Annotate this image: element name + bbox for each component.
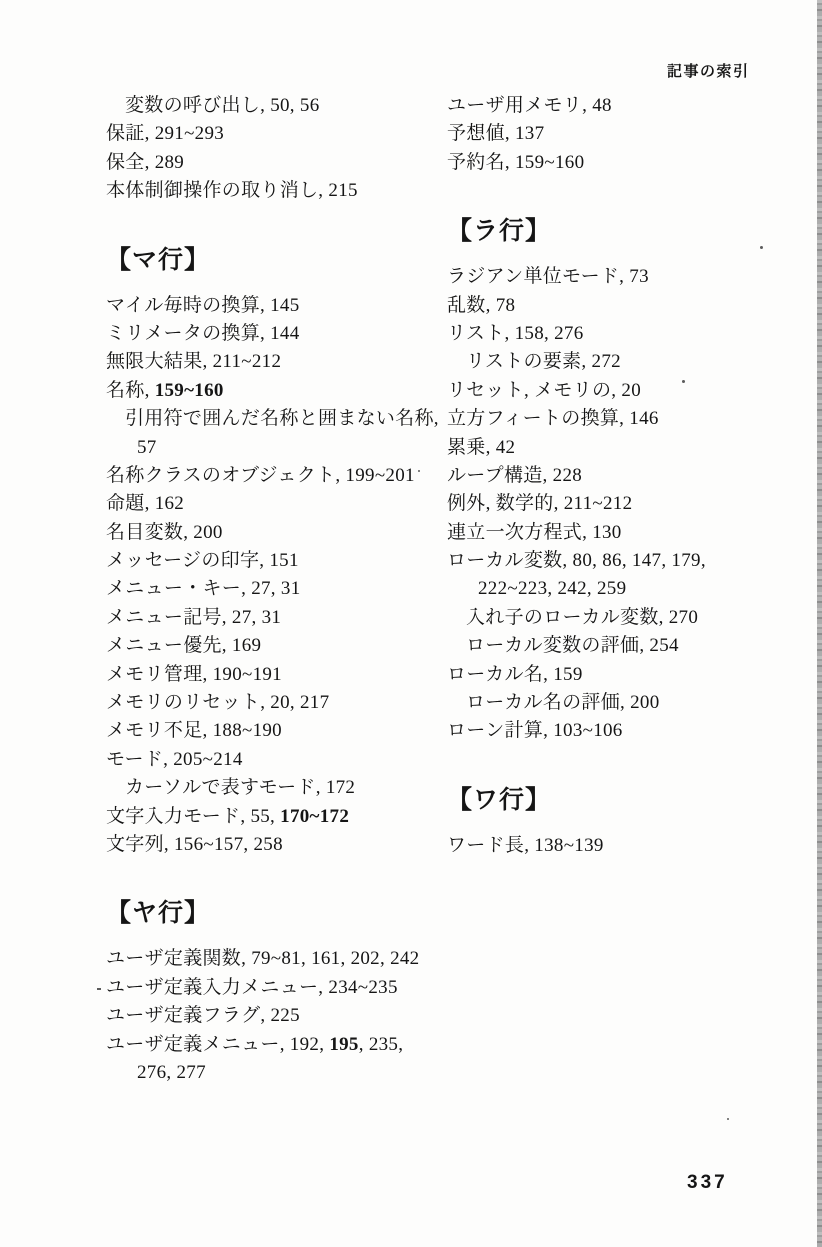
index-entry-text: ローカル変数の評価, 254 [466,635,679,656]
index-entry: ラジアン単位モード, 73 [447,263,797,291]
index-entry: ローン計算, 103~106 [447,717,797,745]
index-entry-text: ループ構造, 228 [447,465,582,486]
index-entry: 名目変数, 200 [106,519,441,547]
index-entry-text: メニュー優先, 169 [106,635,261,656]
index-entry-text: メニュー記号, 27, 31 [106,607,281,628]
index-entry: ユーザ用メモリ, 48 [447,92,797,120]
index-entry-text: 文字入力モード, 55, [106,806,280,827]
index-entry-text: ユーザ用メモリ, 48 [447,95,612,116]
index-entry-text: 文字列, 156~157, 258 [106,834,283,855]
scan-speck [727,1118,729,1120]
index-entry-text: 命題, 162 [106,493,184,514]
index-entry: ローカル名の評価, 200 [447,689,797,717]
index-entry: 引用符で囲んだ名称と囲まない名称, [106,405,441,433]
index-entry: 予想値, 137 [447,120,797,148]
index-column-left: 変数の呼び出し, 50, 56保証, 291~293保全, 289本体制御操作の… [106,92,441,1087]
index-entry: 名称クラスのオブジェクト, 199~201 [106,462,441,490]
index-entry-text: 入れ子のローカル変数, 270 [466,607,698,628]
index-entry-text: ローカル名の評価, 200 [466,692,660,713]
index-entry-text: 【マ行】 [106,246,210,274]
index-entry: リストの要素, 272 [447,348,797,376]
index-entry: モード, 205~214 [106,746,441,774]
index-entry: リセット, メモリの, 20 [447,377,797,405]
index-entry-text: 保全, 289 [106,152,184,173]
page-number: 337 [687,1172,728,1194]
index-entry: メモリ管理, 190~191 [106,661,441,689]
index-entry: ワード長, 138~139 [447,832,797,860]
index-entry-text: 累乗, 42 [447,437,515,458]
index-entry-text: リストの要素, 272 [466,351,621,372]
index-entry: 累乗, 42 [447,434,797,462]
index-entry-text: 57 [137,437,157,458]
scan-edge-artifact [817,0,822,1247]
index-entry: 立方フィートの換算, 146 [447,405,797,433]
index-entry-text: メモリ不足, 188~190 [106,720,282,741]
index-entry-text: 予想値, 137 [447,123,544,144]
running-head: 記事の索引 [667,60,750,81]
index-entry: マイル毎時の換算, 145 [106,292,441,320]
index-entry-text: モード, 205~214 [106,749,243,770]
index-entry-text: 引用符で囲んだ名称と囲まない名称, [125,408,439,429]
index-entry: ループ構造, 228 [447,462,797,490]
index-entry: 入れ子のローカル変数, 270 [447,604,797,632]
index-entry-text: , 235, [359,1034,404,1055]
index-entry: ユーザ定義入力メニュー, 234~235 [106,974,441,1002]
section-heading: 【ラ行】 [447,213,797,249]
index-entry: ユーザ定義メニュー, 192, 195, 235, [106,1031,441,1059]
index-entry-text: 名称, [106,380,155,401]
index-entry: 例外, 数学的, 211~212 [447,490,797,518]
index-entry: メモリ不足, 188~190 [106,717,441,745]
index-entry: 命題, 162 [106,490,441,518]
index-entry-text: ユーザ定義入力メニュー, 234~235 [106,977,398,998]
index-entry-text: 例外, 数学的, 211~212 [447,493,632,514]
index-entry-text: 【ラ行】 [447,217,551,245]
index-entry-text: 名目変数, 200 [106,522,223,543]
index-entry: リスト, 158, 276 [447,320,797,348]
index-entry: 保全, 289 [106,149,441,177]
index-entry-bold-pages: 195 [329,1034,358,1055]
scan-speck [760,246,763,249]
section-heading: 【ヤ行】 [106,895,441,931]
scanned-index-page: 記事の索引 変数の呼び出し, 50, 56保証, 291~293保全, 289本… [0,0,822,1247]
index-entry: ユーザ定義フラグ, 225 [106,1002,441,1030]
index-entry-text: ユーザ定義メニュー, 192, [106,1034,329,1055]
index-entry-text: 本体制御操作の取り消し, 215 [106,180,358,201]
index-entry-text: カーソルで表すモード, 172 [125,777,355,798]
index-entry-text: 【ワ行】 [447,786,551,814]
index-entry: 予約名, 159~160 [447,149,797,177]
index-entry: メモリのリセット, 20, 217 [106,689,441,717]
index-entry-text: ユーザ定義フラグ, 225 [106,1005,300,1026]
index-entry: 文字列, 156~157, 258 [106,831,441,859]
index-entry-text: メッセージの印字, 151 [106,550,299,571]
index-entry: 222~223, 242, 259 [447,575,797,603]
index-entry-bold-pages: 159~160 [155,380,224,401]
index-entry: メニュー・キー, 27, 31 [106,575,441,603]
index-entry: カーソルで表すモード, 172 [106,774,441,802]
index-entry-text: 連立一次方程式, 130 [447,522,622,543]
section-heading: 【ワ行】 [447,782,797,818]
index-entry-text: 乱数, 78 [447,295,515,316]
index-entry-text: 変数の呼び出し, 50, 56 [125,95,320,116]
index-entry-text: メモリ管理, 190~191 [106,664,282,685]
scan-speck [418,470,420,472]
index-entry-text: ユーザ定義関数, 79~81, 161, 202, 242 [106,948,419,969]
index-entry: 乱数, 78 [447,292,797,320]
index-entry: ユーザ定義関数, 79~81, 161, 202, 242 [106,945,441,973]
index-entry: ローカル変数, 80, 86, 147, 179, [447,547,797,575]
index-entry: 本体制御操作の取り消し, 215 [106,177,441,205]
index-entry-text: リスト, 158, 276 [447,323,584,344]
index-entry: ローカル変数の評価, 254 [447,632,797,660]
index-entry-text: 276, 277 [137,1062,206,1083]
index-entry-text: マイル毎時の換算, 145 [106,295,300,316]
index-entry-text: 予約名, 159~160 [447,152,584,173]
index-entry: 変数の呼び出し, 50, 56 [106,92,441,120]
index-entry: 57 [106,434,441,462]
index-entry: メッセージの印字, 151 [106,547,441,575]
index-entry-text: メモリのリセット, 20, 217 [106,692,329,713]
index-entry: メニュー記号, 27, 31 [106,604,441,632]
index-entry-text: 名称クラスのオブジェクト, 199~201 [106,465,415,486]
index-entry-text: ラジアン単位モード, 73 [447,266,649,287]
index-entry: ミリメータの換算, 144 [106,320,441,348]
index-entry-text: ワード長, 138~139 [447,835,604,856]
scan-speck [97,988,101,990]
index-entry-bold-pages: 170~172 [280,806,349,827]
index-entry: 保証, 291~293 [106,120,441,148]
index-entry-text: 立方フィートの換算, 146 [447,408,659,429]
index-entry-text: 無限大結果, 211~212 [106,351,281,372]
index-entry-text: ローカル変数, 80, 86, 147, 179, [447,550,706,571]
section-heading: 【マ行】 [106,242,441,278]
index-entry: 連立一次方程式, 130 [447,519,797,547]
index-entry-text: 保証, 291~293 [106,123,224,144]
index-entry-text: 【ヤ行】 [106,899,210,927]
index-entry-text: ローン計算, 103~106 [447,720,623,741]
index-entry: メニュー優先, 169 [106,632,441,660]
index-column-right: ユーザ用メモリ, 48予想値, 137予約名, 159~160【ラ行】ラジアン単… [447,92,797,860]
index-entry: ローカル名, 159 [447,661,797,689]
index-entry: 276, 277 [106,1059,441,1087]
index-entry-text: ミリメータの換算, 144 [106,323,300,344]
index-entry-text: 222~223, 242, 259 [478,578,626,599]
index-entry-text: リセット, メモリの, 20 [447,380,641,401]
scan-speck [682,380,685,383]
index-entry: 無限大結果, 211~212 [106,348,441,376]
index-entry: 文字入力モード, 55, 170~172 [106,803,441,831]
index-entry-text: メニュー・キー, 27, 31 [106,578,301,599]
index-entry: 名称, 159~160 [106,377,441,405]
index-entry-text: ローカル名, 159 [447,664,583,685]
